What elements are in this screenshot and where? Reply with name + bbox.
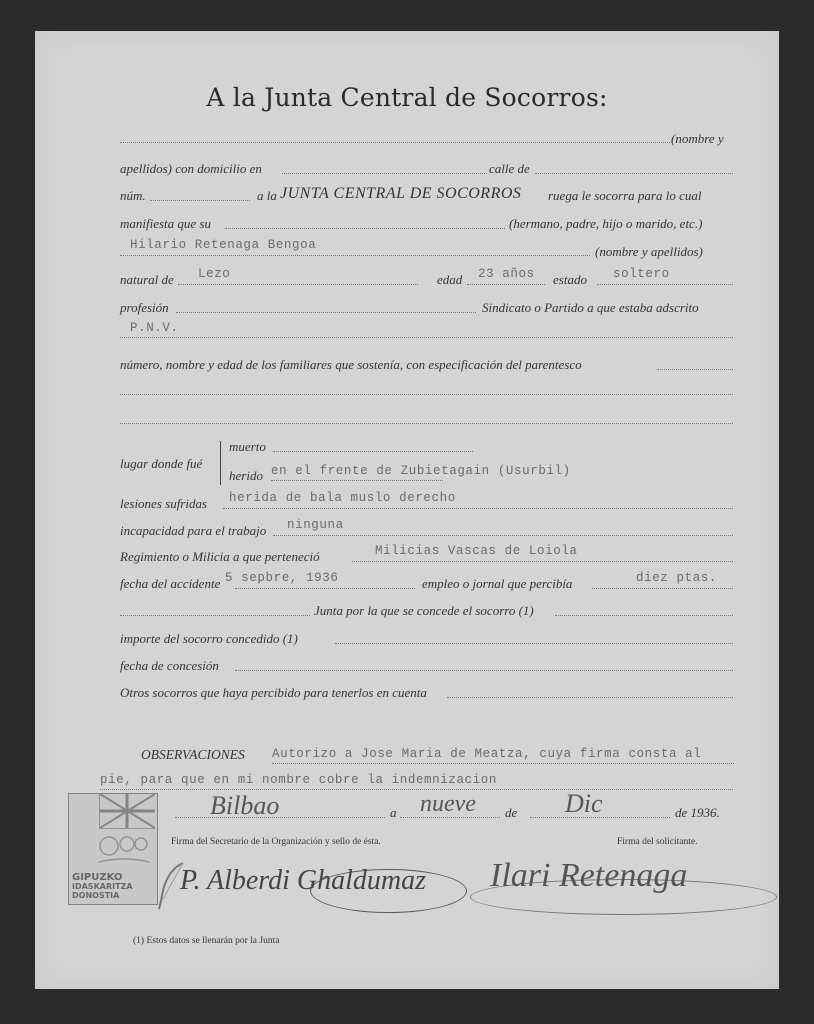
solicitante-signature: Ilari Retenaga <box>490 857 687 895</box>
empleo-field-line <box>592 588 733 589</box>
familiares-field-line-3 <box>120 423 733 424</box>
parentesco-label: manifiesta que su <box>120 216 211 232</box>
nombre-field-line <box>120 142 670 143</box>
a-label: a <box>390 805 397 821</box>
edad-label: edad <box>437 272 462 288</box>
otros-socorros-label: Otros socorros que haya percibido para t… <box>120 685 427 701</box>
sindicato-field-line <box>120 337 733 338</box>
parentesco-field-line <box>225 228 505 229</box>
month-handwritten: Dic <box>565 789 603 819</box>
herido-label: herido <box>229 468 263 484</box>
day-handwritten: nueve <box>420 791 476 818</box>
fecha-concesion-label: fecha de concesión <box>120 658 219 674</box>
edad-value: 23 años <box>478 267 535 281</box>
secretario-signature-caption: Firma del Secretario de la Organización … <box>171 837 381 847</box>
lesiones-value: herida de bala muslo derecho <box>229 491 456 505</box>
edad-field-line <box>467 284 545 285</box>
estado-label: estado <box>553 272 587 288</box>
natural-value: Lezo <box>198 267 230 281</box>
muerto-field-line <box>273 451 473 452</box>
domicilio-label: apellidos) con domicilio en <box>120 161 262 177</box>
empleo-label: empleo o jornal que percibía <box>422 576 572 592</box>
muerto-label: muerto <box>229 439 266 455</box>
parentesco-suffix: (hermano, padre, hijo o marido, etc.) <box>509 216 702 232</box>
domicilio-field-line <box>282 173 487 174</box>
quill-pen-icon <box>155 861 185 915</box>
trees-emblem-icon <box>99 832 149 872</box>
familiares-label: número, nombre y edad de los familiares … <box>120 357 582 373</box>
calle-field-line <box>535 173 733 174</box>
observaciones-line-2: pie, para que en mi nombre cobre la inde… <box>100 773 497 787</box>
fecha-accidente-label: fecha del accidente <box>120 576 220 592</box>
familiares-field-line-1 <box>657 369 733 370</box>
observaciones-field-line-1 <box>272 763 734 764</box>
solicitante-signature-caption: Firma del solicitante. <box>617 837 697 847</box>
estado-value: soltero <box>613 267 670 281</box>
herido-value: en el frente de Zubietagain (Usurbil) <box>271 464 571 478</box>
numero-field-line <box>150 200 250 201</box>
lesiones-label: lesiones sufridas <box>120 496 207 512</box>
numero-label: núm. <box>120 188 146 204</box>
observaciones-line-1: Autorizo a Jose Maria de Meatza, cuya fi… <box>272 747 701 761</box>
fecha-concesion-field-line <box>235 670 733 671</box>
day-field-line <box>400 817 500 818</box>
natural-label: natural de <box>120 272 174 288</box>
junta-field-line-right <box>555 615 733 616</box>
sindicato-value: P.N.V. <box>130 321 179 335</box>
organization-stamp: GIPUZKO IDASKARITZA DONOSTIA <box>68 793 158 905</box>
secretario-signature: P. Alberdi Ghaldumaz <box>180 865 426 897</box>
natural-field-line <box>178 284 418 285</box>
regimiento-field-line <box>352 561 733 562</box>
fecha-accidente-value: 5 sepbre, 1936 <box>225 571 338 585</box>
form-paper: A la Junta Central de Socorros: (nombre … <box>35 31 779 989</box>
footnote: (1) Estos datos se llenarán por la Junta <box>133 936 279 946</box>
otros-socorros-field-line <box>447 697 733 698</box>
observaciones-field-line-2 <box>100 789 733 790</box>
junta-central-caps: JUNTA CENTRAL DE SOCORROS <box>280 185 521 203</box>
brace-divider <box>220 441 221 485</box>
observaciones-label: OBSERVACIONES <box>141 747 245 763</box>
junta-field-line-left <box>120 615 310 616</box>
incapacidad-label: incapacidad para el trabajo <box>120 523 266 539</box>
regimiento-label: Regimiento o Milicia a que perteneció <box>120 549 320 565</box>
nombre-suffix-label: (nombre y <box>671 131 724 147</box>
incapacidad-field-line <box>273 535 733 536</box>
junta-label: Junta por la que se concede el socorro (… <box>314 603 534 619</box>
month-field-line <box>530 817 670 818</box>
lesiones-field-line <box>223 508 733 509</box>
de-label: de <box>505 805 517 821</box>
nombre-apellidos-suffix: (nombre y apellidos) <box>595 244 703 260</box>
calle-label: calle de <box>489 161 530 177</box>
importe-label: importe del socorro concedido (1) <box>120 631 298 647</box>
importe-field-line <box>335 643 733 644</box>
empleo-value: diez ptas. <box>636 571 717 585</box>
fecha-accidente-field-line <box>235 588 415 589</box>
ikurrina-flag-icon <box>99 794 155 829</box>
incapacidad-value: ninguna <box>287 518 344 532</box>
nombre-apellidos-value: Hilario Retenaga Bengoa <box>130 238 316 252</box>
regimiento-value: Milicias Vascas de Loiola <box>375 544 578 558</box>
year-label: de 1936. <box>675 805 720 821</box>
estado-field-line <box>597 284 733 285</box>
text-a-la: a la <box>257 188 277 204</box>
sindicato-label: Sindicato o Partido a que estaba adscrit… <box>482 300 699 316</box>
nombre-apellidos-field-line <box>120 255 590 256</box>
stamp-text: GIPUZKO IDASKARITZA DONOSTIA <box>72 873 133 900</box>
profesion-label: profesión <box>120 300 169 316</box>
familiares-field-line-2 <box>120 394 733 395</box>
profesion-field-line <box>176 312 476 313</box>
lugar-label: lugar donde fué <box>120 456 202 472</box>
document-title: A la Junta Central de Socorros: <box>35 83 779 112</box>
herido-field-line <box>271 480 443 481</box>
place-field-line <box>175 817 385 818</box>
ruega-text: ruega le socorra para lo cual <box>548 188 701 204</box>
